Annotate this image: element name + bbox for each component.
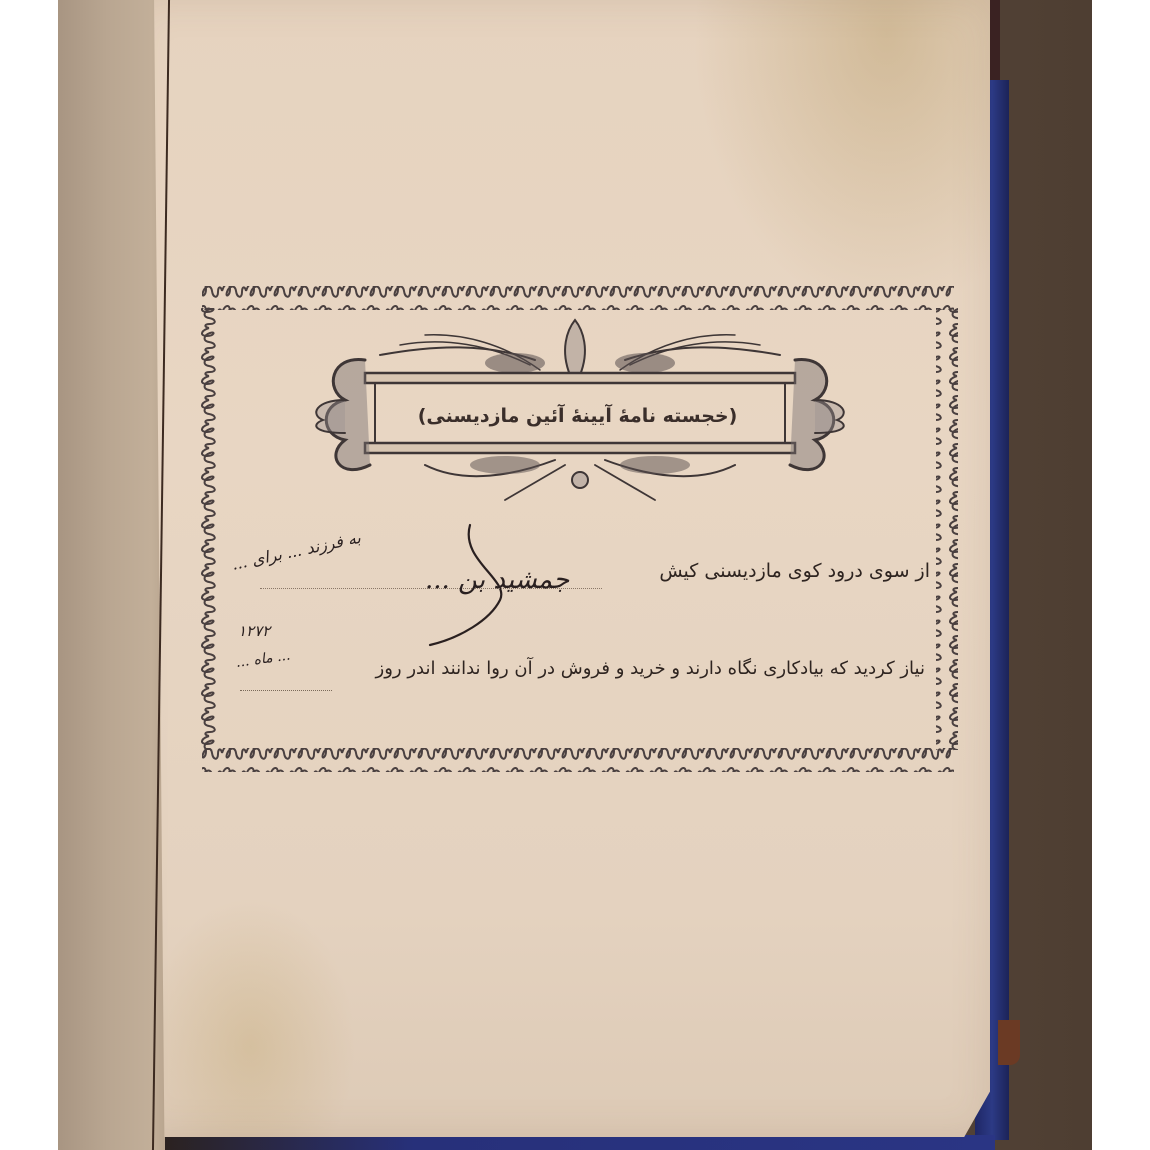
printed-text-line-1: از سوی درود کوی مازدیسنی کیش [659,560,930,582]
handwritten-name: جمشید بن ... [425,565,569,595]
left-facing-page [58,0,168,1150]
printed-text-line-2: نیاز کردید که بیادکاری نگاه دارند و خرید… [376,658,925,679]
leather-corner [998,1020,1020,1065]
blue-book-cover-bottom [165,1135,995,1150]
document-title: (خجسته نامهٔ آیینهٔ آئین مازدیسنی) [390,398,765,434]
date-dotted-line [240,690,332,691]
handwritten-year: ۱۲۷۲ [238,622,270,640]
